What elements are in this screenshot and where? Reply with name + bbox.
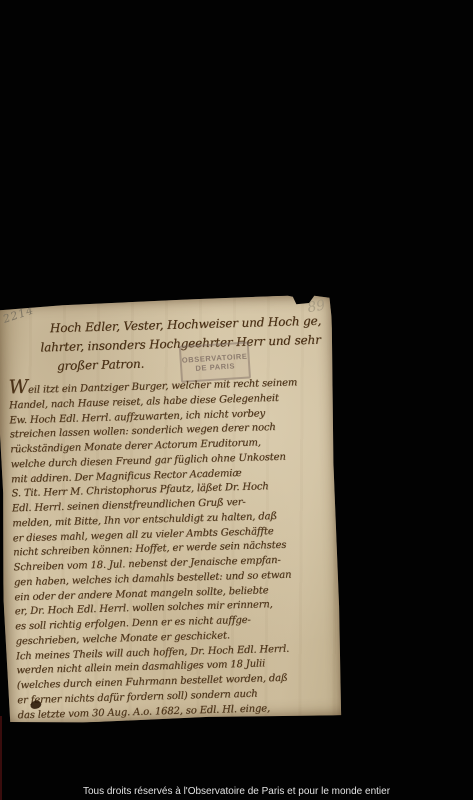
letter-body: Weil itzt ein Dantziger Burger, welcher … [8, 373, 338, 723]
archival-number: 2214 [1, 303, 35, 326]
photo-background: 2214 89 Hoch Edler, Vester, Hochweiser u… [0, 0, 473, 800]
copyright-caption: Tous droits réservés à l'Observatoire de… [0, 786, 473, 797]
manuscript-page: 2214 89 Hoch Edler, Vester, Hochweiser u… [0, 294, 343, 724]
stamp-line: DE PARIS [195, 361, 235, 372]
